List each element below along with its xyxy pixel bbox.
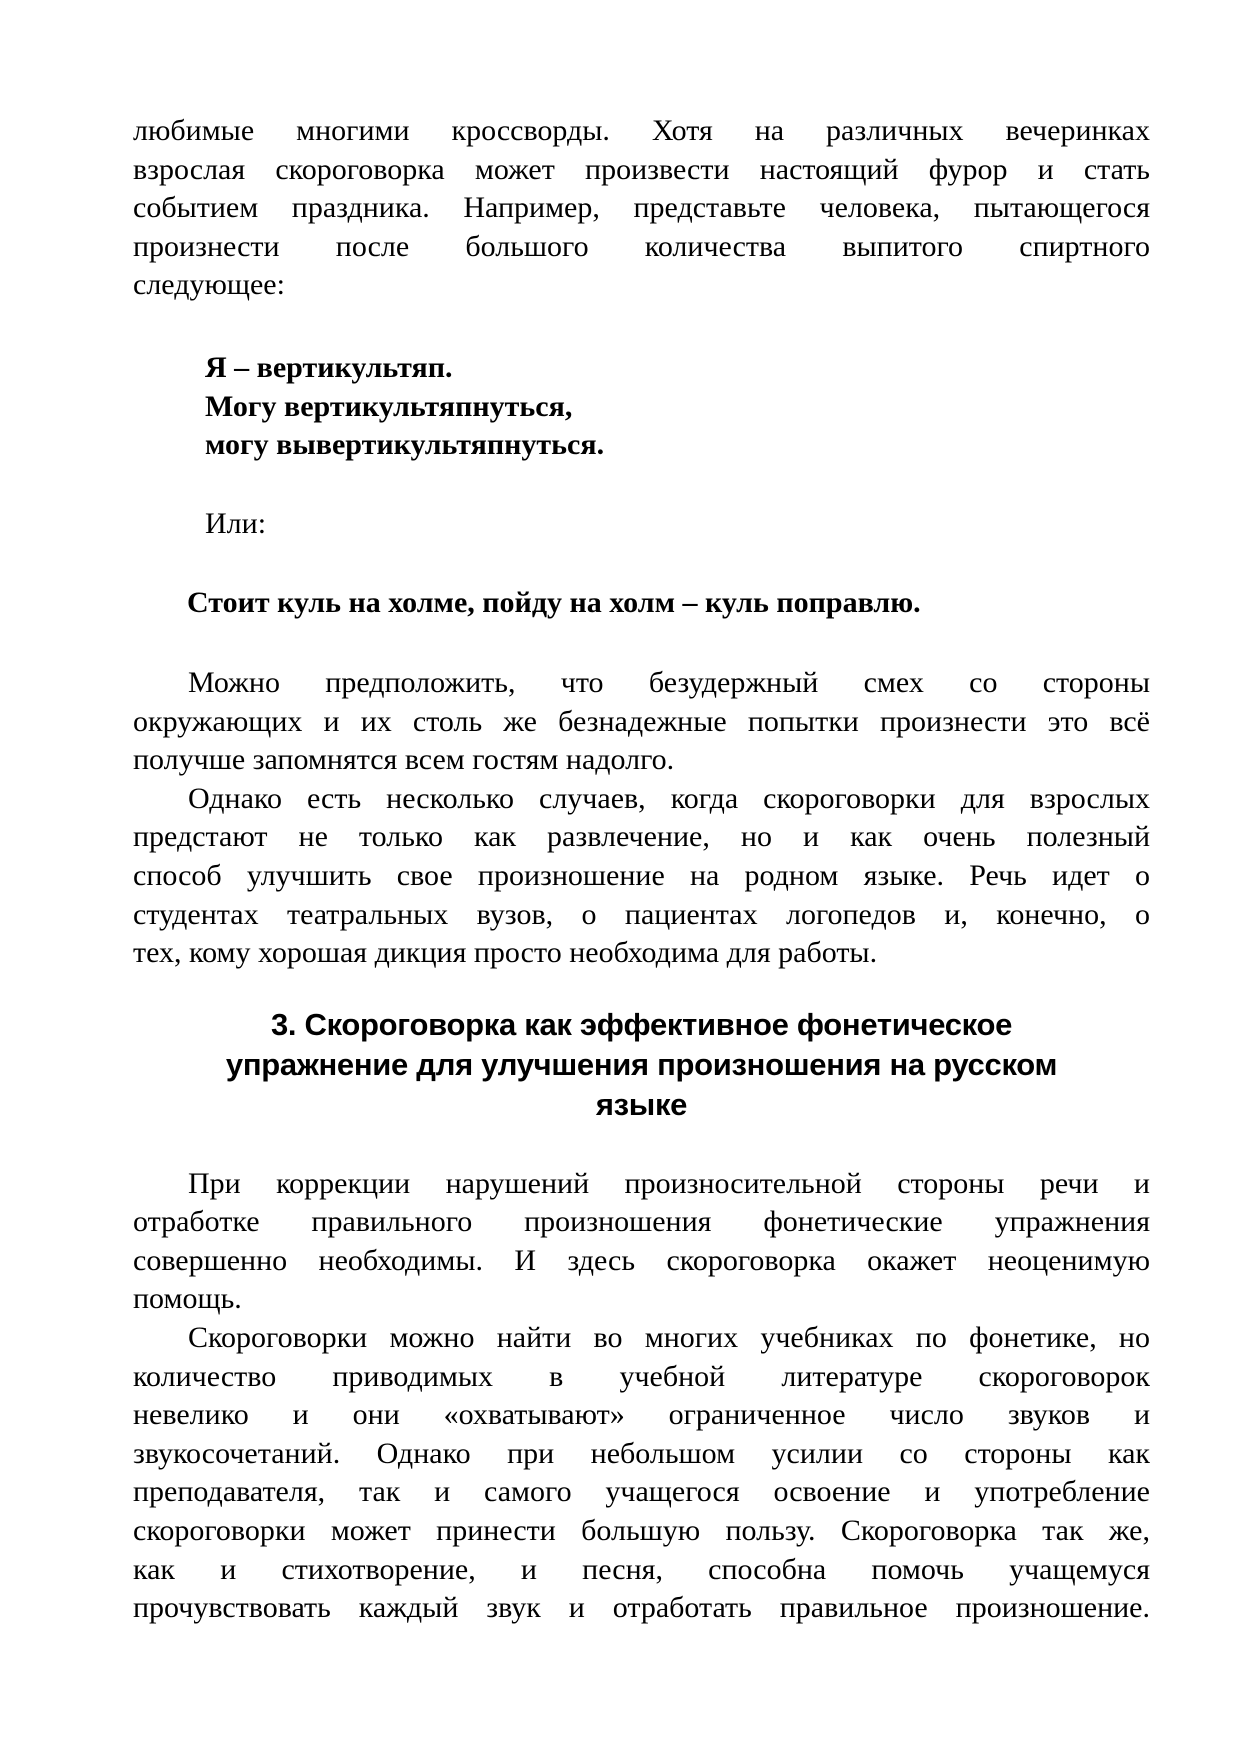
text-line: предстают не только как развлечение, но … (133, 818, 1150, 857)
text-line: получше запомнятся всем гостям надолго. (133, 741, 1150, 780)
text-line: скороговорки может принести большую поль… (133, 1512, 1150, 1551)
text-line: невелико и они «охватывают» ограниченное… (133, 1396, 1150, 1435)
text-line: Могу вертикультяпнуться, (205, 388, 1150, 427)
text-line: Я – вертикультяп. (205, 349, 1150, 388)
text-line: совершенно необходимы. И здесь скорогово… (133, 1242, 1150, 1281)
text-line: Однако есть несколько случаев, когда ско… (133, 780, 1150, 819)
text-line: Скороговорки можно найти во многих учебн… (133, 1319, 1150, 1358)
paragraph-continued: любимые многими кроссворды. Хотя на разл… (133, 112, 1150, 305)
text-line: произнести после большого количества вып… (133, 228, 1150, 267)
text-line: тех, кому хорошая дикция просто необходи… (133, 934, 1150, 973)
text-line: 3. Скороговорка как эффективное фонетиче… (133, 1005, 1150, 1045)
text-line: способ улучшить свое произношение на род… (133, 857, 1150, 896)
paragraph-useful-cases: Однако есть несколько случаев, когда ско… (133, 780, 1150, 973)
text-line: При коррекции нарушений произносительной… (133, 1165, 1150, 1204)
or-label: Или: (133, 505, 1150, 544)
text-line: окружающих и их столь же безнадежные поп… (133, 703, 1150, 742)
page-content: любимые многими кроссворды. Хотя на разл… (133, 112, 1150, 1628)
paragraph-correction: При коррекции нарушений произносительной… (133, 1165, 1150, 1319)
text-line: звукосочетаний. Однако при небольшом уси… (133, 1435, 1150, 1474)
text-line: упражнение для улучшения произношения на… (133, 1045, 1150, 1085)
text-line: Можно предположить, что безудержный смех… (133, 664, 1150, 703)
text-line: следующее: (133, 266, 1150, 305)
text-line: преподавателя, так и самого учащегося ос… (133, 1473, 1150, 1512)
tongue-twister-verse: Я – вертикультяп.Могу вертикультяпнуться… (133, 349, 1150, 465)
tongue-twister-single: Стоит куль на холме, пойду на холм – кул… (133, 584, 1150, 623)
text-line: прочувствовать каждый звук и отработать … (133, 1589, 1150, 1628)
paragraph-laughter: Можно предположить, что безудержный смех… (133, 664, 1150, 780)
text-line: студентах театральных вузов, о пациентах… (133, 896, 1150, 935)
document-page: любимые многими кроссворды. Хотя на разл… (0, 0, 1240, 1754)
section-heading: 3. Скороговорка как эффективное фонетиче… (133, 1005, 1150, 1125)
text-line: событием праздника. Например, представьт… (133, 189, 1150, 228)
text-line: языке (133, 1085, 1150, 1125)
text-line: любимые многими кроссворды. Хотя на разл… (133, 112, 1150, 151)
text-line: как и стихотворение, и песня, способна п… (133, 1551, 1150, 1590)
paragraph-textbooks: Скороговорки можно найти во многих учебн… (133, 1319, 1150, 1628)
text-line: помощь. (133, 1280, 1150, 1319)
text-line: могу вывертикультяпнуться. (205, 426, 1150, 465)
text-line: количество приводимых в учебной литерату… (133, 1358, 1150, 1397)
text-line: взрослая скороговорка может произвести н… (133, 151, 1150, 190)
text-line: отработке правильного произношения фонет… (133, 1203, 1150, 1242)
